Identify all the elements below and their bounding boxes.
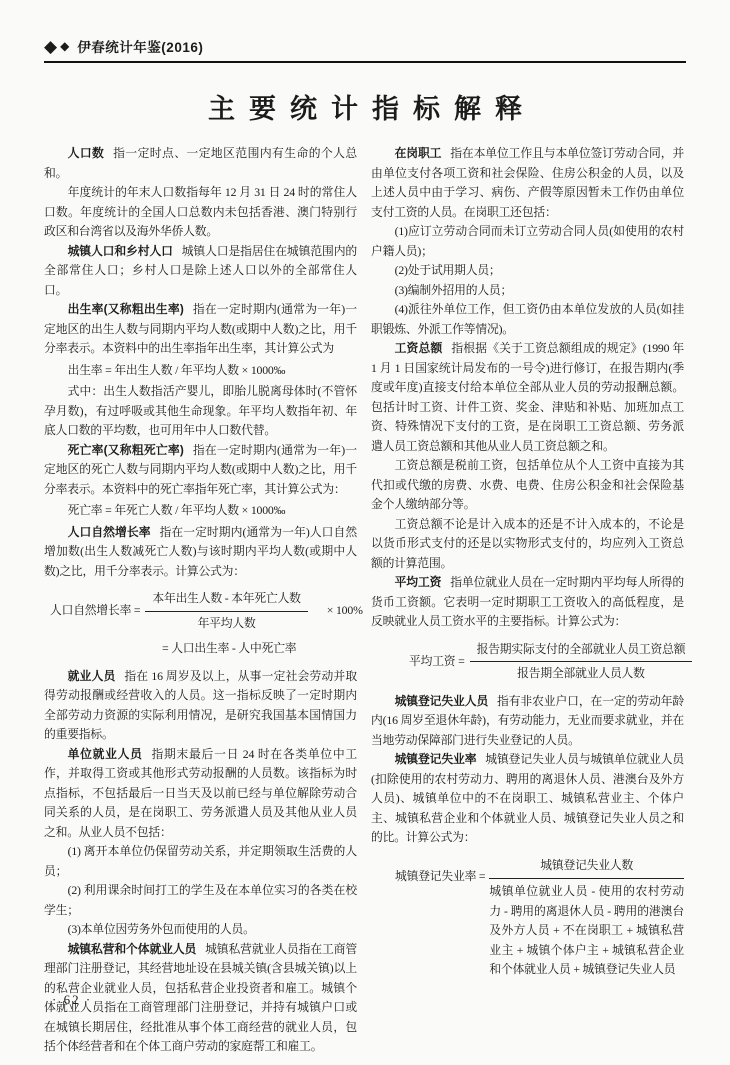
para-text: 式中：出生人数指活产婴儿，即胎儿脱离母体时(不管怀孕月数)，有过呼吸或其他生命现… [44, 384, 357, 437]
term-employed-persons: 就业人员 [68, 669, 116, 683]
para-birth-rate: 出生率(又称粗出生率)指在一定时期内(通常为一年)一定地区的出生人数与同期内平均… [44, 300, 357, 359]
diamond-icon: ◆ [44, 38, 57, 55]
term-natural-growth-rate: 人口自然增长率 [68, 525, 151, 539]
page-title: 主要统计指标解释 [44, 87, 686, 126]
para-natural-growth-rate: 人口自然增长率指在一定时期内(通常为一年)人口自然增加数(出生人数减死亡人数)与… [44, 523, 357, 582]
list-item-1: (1) 离开本单位仍保留劳动关系，并定期领取生活费的人员； [44, 842, 357, 881]
formula-lhs: 城镇登记失业率 = [395, 867, 485, 887]
term-urban-rural-population: 城镇人口和乡村人口 [68, 244, 173, 258]
para-registered-unemployed: 城镇登记失业人员指有非农业户口，在一定的劳动年龄内(16 周岁至退休年龄)，有劳… [371, 692, 684, 751]
list-item-3: (3)本单位因劳务外包而使用的人员。 [44, 920, 357, 940]
fraction-numerator: 报告期实际支付的全部就业人员工资总额 [470, 640, 693, 663]
para-text: 指根据《关于工资总额组成的规定》(1990 年 1 月 1 日国家统计局发布的一… [371, 341, 684, 453]
page-header: ◆ ◆ 伊春统计年鉴(2016) [44, 36, 686, 56]
para-total-wages: 工资总额指根据《关于工资总额组成的规定》(1990 年 1 月 1 日国家统计局… [371, 339, 684, 456]
page-number: · 62 · [52, 992, 92, 1008]
formula-lhs: 平均工资 = [409, 652, 465, 672]
para-text: (2)处于试用期人员； [395, 263, 501, 277]
list-item-4: (4)派往外单位工作，但工资仍由本单位发放的人员(如挂职锻炼、外派工作等情况)。 [371, 300, 684, 339]
term-staff-on-duty: 在岗职工 [395, 146, 442, 160]
para-text: (2) 利用课余时间打工的学生及在本单位实习的各类在校学生； [44, 883, 357, 917]
term-unit-employed-persons: 单位就业人员 [68, 747, 143, 761]
para-birth-rate-note: 式中：出生人数指活产婴儿，即胎儿脱离母体时(不管怀孕月数)，有过呼吸或其他生命现… [44, 382, 357, 441]
para-yearend-population: 年度统计的年末人口数指每年 12 月 31 日 24 时的常住人口数。年度统计的… [44, 183, 357, 242]
para-population-count: 人口数指一定时点、一定地区范围内有生命的个人总和。 [44, 144, 357, 183]
formula-average-wage: 平均工资 = 报告期实际支付的全部就业人员工资总额 报告期全部就业人员人数 [371, 640, 684, 684]
list-item-2: (2) 利用课余时间打工的学生及在本单位实习的各类在校学生； [44, 881, 357, 920]
para-staff-on-duty: 在岗职工指在本单位工作且与本单位签订劳动合同，并由单位支付各项工资和社会保险、住… [371, 144, 684, 222]
term-private-individual-employed: 城镇私营和个体就业人员 [68, 942, 197, 956]
header-rule [44, 61, 686, 63]
para-employed-persons: 就业人员指在 16 周岁及以上，从事一定社会劳动并取得劳动报酬或经营收入的人员。… [44, 667, 357, 745]
para-unit-employed-persons: 单位就业人员指期末最后一日 24 时在各类单位中工作，并取得工资或其他形式劳动报… [44, 745, 357, 843]
para-text: (3)编制外招用的人员； [395, 283, 513, 297]
fraction: 报告期实际支付的全部就业人员工资总额 报告期全部就业人员人数 [470, 640, 693, 684]
para-text: (1)应订立劳动合同而未订立劳动合同人员(如使用的农村户籍人员)； [371, 224, 684, 258]
term-total-wages: 工资总额 [395, 341, 443, 355]
fraction-denominator: 年平均人数 [145, 612, 307, 634]
para-registered-unemployment-rate: 城镇登记失业率城镇登记失业人员与城镇单位就业人员(扣除使用的农村劳动力、聘用的离… [371, 750, 684, 848]
yearbook-page: ◆ ◆ 伊春统计年鉴(2016) 主要统计指标解释 人口数指一定时点、一定地区范… [0, 0, 730, 1057]
para-text: (1) 离开本单位仍保留劳动关系，并定期领取生活费的人员； [44, 844, 357, 878]
fraction-denominator: 城镇单位就业人员 - 使用的农村劳动力 - 聘用的离退休人员 - 聘用的港澳台及… [489, 878, 684, 980]
fraction: 城镇登记失业人数 城镇单位就业人员 - 使用的农村劳动力 - 聘用的离退休人员 … [489, 856, 684, 980]
para-urban-rural-population: 城镇人口和乡村人口城镇人口是指居住在城镇范围内的全部常住人口；乡村人口是除上述人… [44, 242, 357, 301]
list-item-3: (3)编制外招用的人员； [371, 281, 684, 301]
term-registered-unemployed: 城镇登记失业人员 [395, 694, 489, 708]
term-registered-unemployment-rate: 城镇登记失业率 [395, 752, 477, 766]
para-text: 工资总额是税前工资，包括单位从个人工资中直接为其代扣或代缴的房费、水费、电费、住… [371, 458, 684, 511]
fraction-numerator: 本年出生人数 - 本年死亡人数 [145, 589, 307, 612]
left-column: 人口数指一定时点、一定地区范围内有生命的个人总和。 年度统计的年末人口数指每年 … [44, 144, 357, 1057]
term-birth-rate: 出生率(又称粗出生率) [68, 302, 184, 316]
list-item-1: (1)应订立劳动合同而未订立劳动合同人员(如使用的农村户籍人员)； [371, 222, 684, 261]
term-death-rate: 死亡率(又称粗死亡率) [68, 443, 184, 457]
para-total-wages-scope: 工资总额不论是计入成本的还是不计入成本的，不论是以货币形式支付的还是以实物形式支… [371, 515, 684, 574]
header-brand: 伊春统计年鉴(2016) [77, 36, 203, 56]
fraction-denominator: 报告期全部就业人员人数 [470, 662, 693, 684]
fraction: 本年出生人数 - 本年死亡人数 年平均人数 [145, 589, 307, 633]
diamond-icon-small: ◆ [60, 40, 69, 52]
para-text: (4)派往外单位工作，但工资仍由本单位发放的人员(如挂职锻炼、外派工作等情况)。 [371, 302, 684, 336]
right-column: 在岗职工指在本单位工作且与本单位签订劳动合同，并由单位支付各项工资和社会保险、住… [371, 144, 684, 1057]
term-average-wage: 平均工资 [395, 575, 442, 589]
para-text: 工资总额不论是计入成本的还是不计入成本的，不论是以货币形式支付的还是以实物形式支… [371, 517, 684, 570]
para-average-wage: 平均工资指单位就业人员在一定时期内平均每人所得的货币工资额。它表明一定时期职工工… [371, 573, 684, 632]
list-item-2: (2)处于试用期人员； [371, 261, 684, 281]
two-column-body: 人口数指一定时点、一定地区范围内有生命的个人总和。 年度统计的年末人口数指每年 … [44, 144, 686, 1057]
term-population-count: 人口数 [68, 146, 105, 160]
formula-second-line: = 人口出生率 - 人中死亡率 [44, 639, 357, 659]
para-text: 年度统计的年末人口数指每年 12 月 31 日 24 时的常住人口数。年度统计的… [44, 185, 357, 238]
formula-row: 人口自然增长率 = 本年出生人数 - 本年死亡人数 年平均人数 × 100% [44, 589, 357, 633]
para-text: (3)本单位因劳务外包而使用的人员。 [68, 922, 255, 936]
para-death-rate: 死亡率(又称粗死亡率)指在一定时期内(通常为一年)一定地区的死亡人数与同期内平均… [44, 441, 357, 500]
formula-birth-rate: 出生率 = 年出生人数 / 年平均人数 × 1000‰ [44, 361, 357, 381]
para-total-wages-pretax: 工资总额是税前工资，包括单位从个人工资中直接为其代扣或代缴的房费、水费、电费、住… [371, 456, 684, 515]
formula-lhs: 人口自然增长率 = [50, 601, 140, 621]
formula-death-rate: 死亡率 = 年死亡人数 / 年平均人数 × 1000‰ [44, 501, 357, 521]
formula-unemployment-rate: 城镇登记失业率 = 城镇登记失业人数 城镇单位就业人员 - 使用的农村劳动力 -… [371, 856, 684, 980]
formula-natural-growth-rate: 人口自然增长率 = 本年出生人数 - 本年死亡人数 年平均人数 × 100% =… [44, 589, 357, 659]
formula-suffix: × 100% [327, 601, 363, 621]
fraction-numerator: 城镇登记失业人数 [489, 856, 684, 879]
